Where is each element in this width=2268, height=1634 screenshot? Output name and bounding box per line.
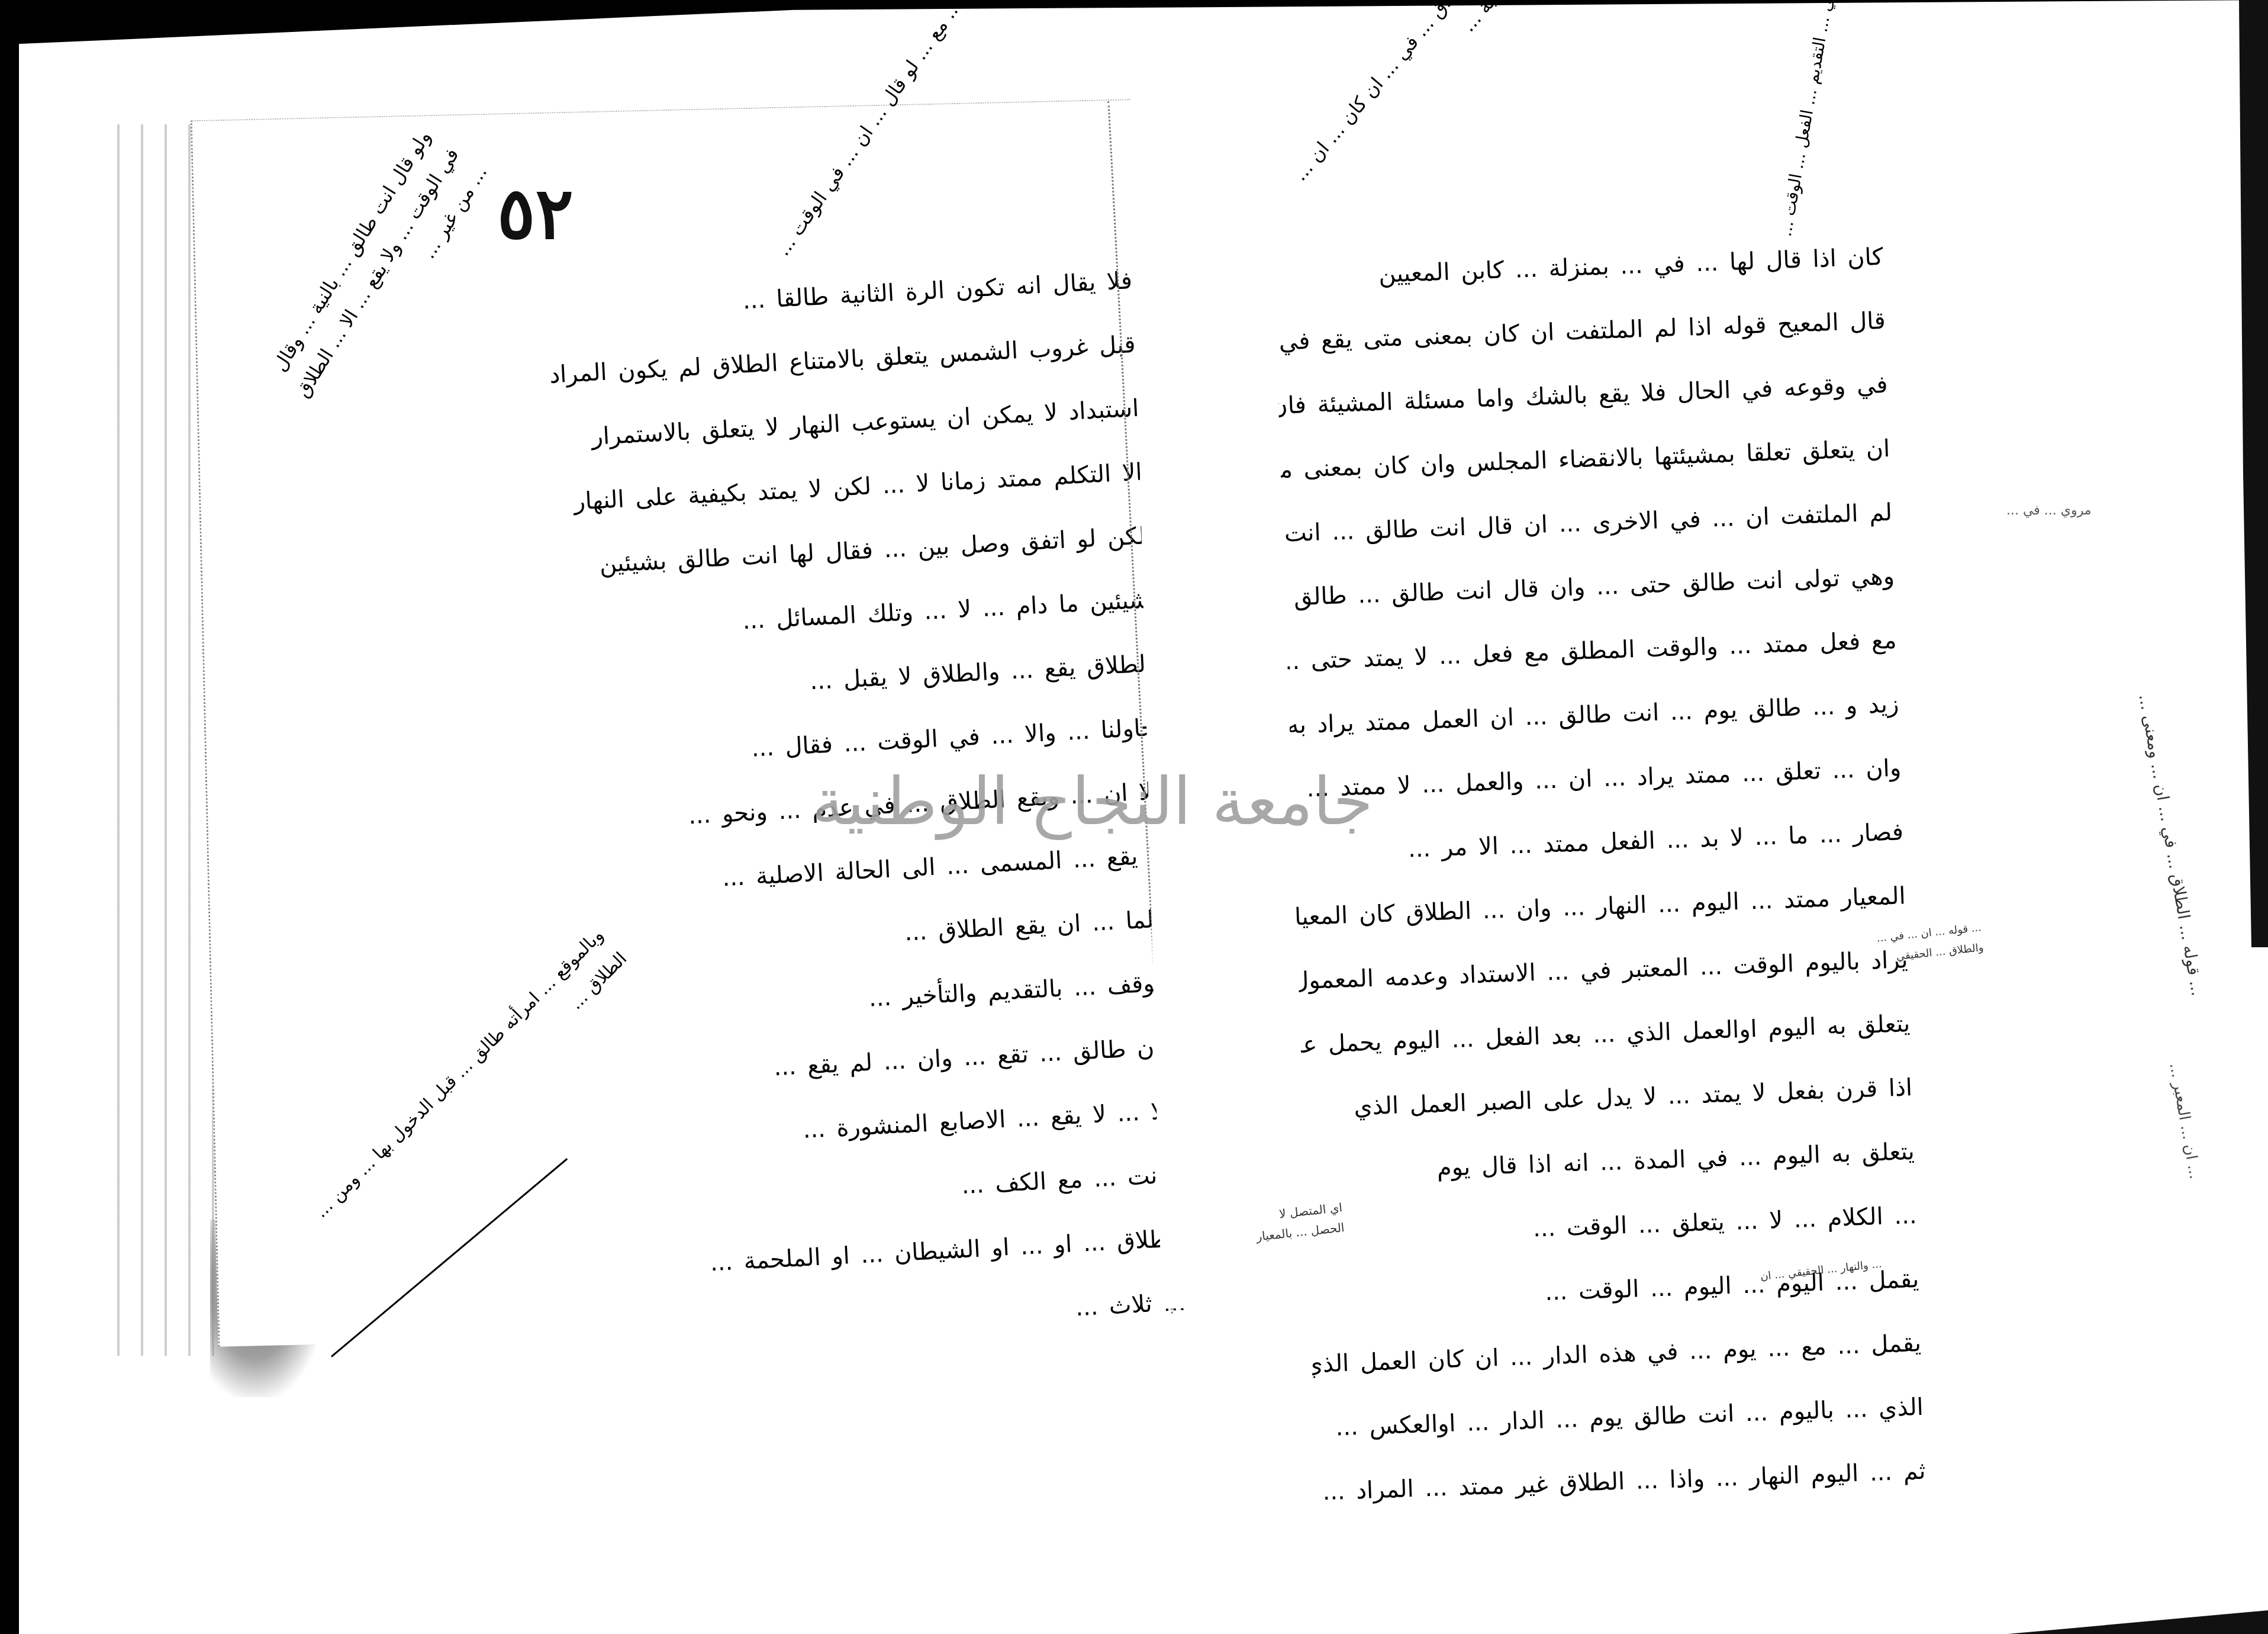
- far-right-small-note: مروي ... في ...: [2006, 503, 2092, 518]
- page-number: ٥٢: [497, 172, 574, 255]
- scan-background-bottom-right: [2008, 1610, 2268, 1634]
- scan-background-left: [0, 0, 19, 1634]
- manuscript-scan: ٥٢ فلا يقال انه تكون الرة الثانية طالقا …: [0, 0, 2268, 1634]
- scan-background-right: [2227, 0, 2268, 947]
- right-page-main-text: كان اذا قال لها ... في ... بمنزلة ... كا…: [1273, 225, 1927, 1524]
